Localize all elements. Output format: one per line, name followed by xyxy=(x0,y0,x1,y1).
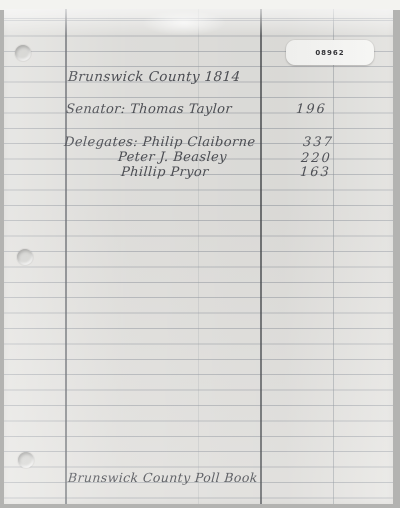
hole-punch-top xyxy=(15,45,31,61)
delegate-row-1-votes: 337 xyxy=(302,135,334,150)
scanned-page: 08962 Brunswick County 1814 Senator: Tho… xyxy=(0,0,400,508)
delegate-row-3-label: Phillip Pryor xyxy=(120,165,209,180)
delegate-row-2-votes: 220 xyxy=(300,151,332,166)
right-column-line xyxy=(333,9,334,504)
delegate-row-3-votes: 163 xyxy=(299,165,331,180)
catalog-label: 08962 xyxy=(286,40,374,65)
hole-punch-bottom xyxy=(18,452,34,468)
hole-punch-middle xyxy=(17,249,33,265)
senator-row-votes: 196 xyxy=(295,102,327,117)
left-margin-line xyxy=(65,9,67,504)
footer-handwriting: Brunswick County Poll Book xyxy=(67,470,258,485)
delegate-row-2-label: Peter J. Beasley xyxy=(117,150,227,165)
catalog-number: 08962 xyxy=(315,49,344,57)
senator-row-label: Senator: Thomas Taylor xyxy=(65,102,232,117)
ledger-paper: 08962 Brunswick County 1814 Senator: Tho… xyxy=(4,9,393,504)
center-column-line xyxy=(260,9,262,504)
page-title-handwriting: Brunswick County 1814 xyxy=(67,69,241,85)
delegate-row-1-label: Delegates: Philip Claiborne xyxy=(63,135,255,150)
